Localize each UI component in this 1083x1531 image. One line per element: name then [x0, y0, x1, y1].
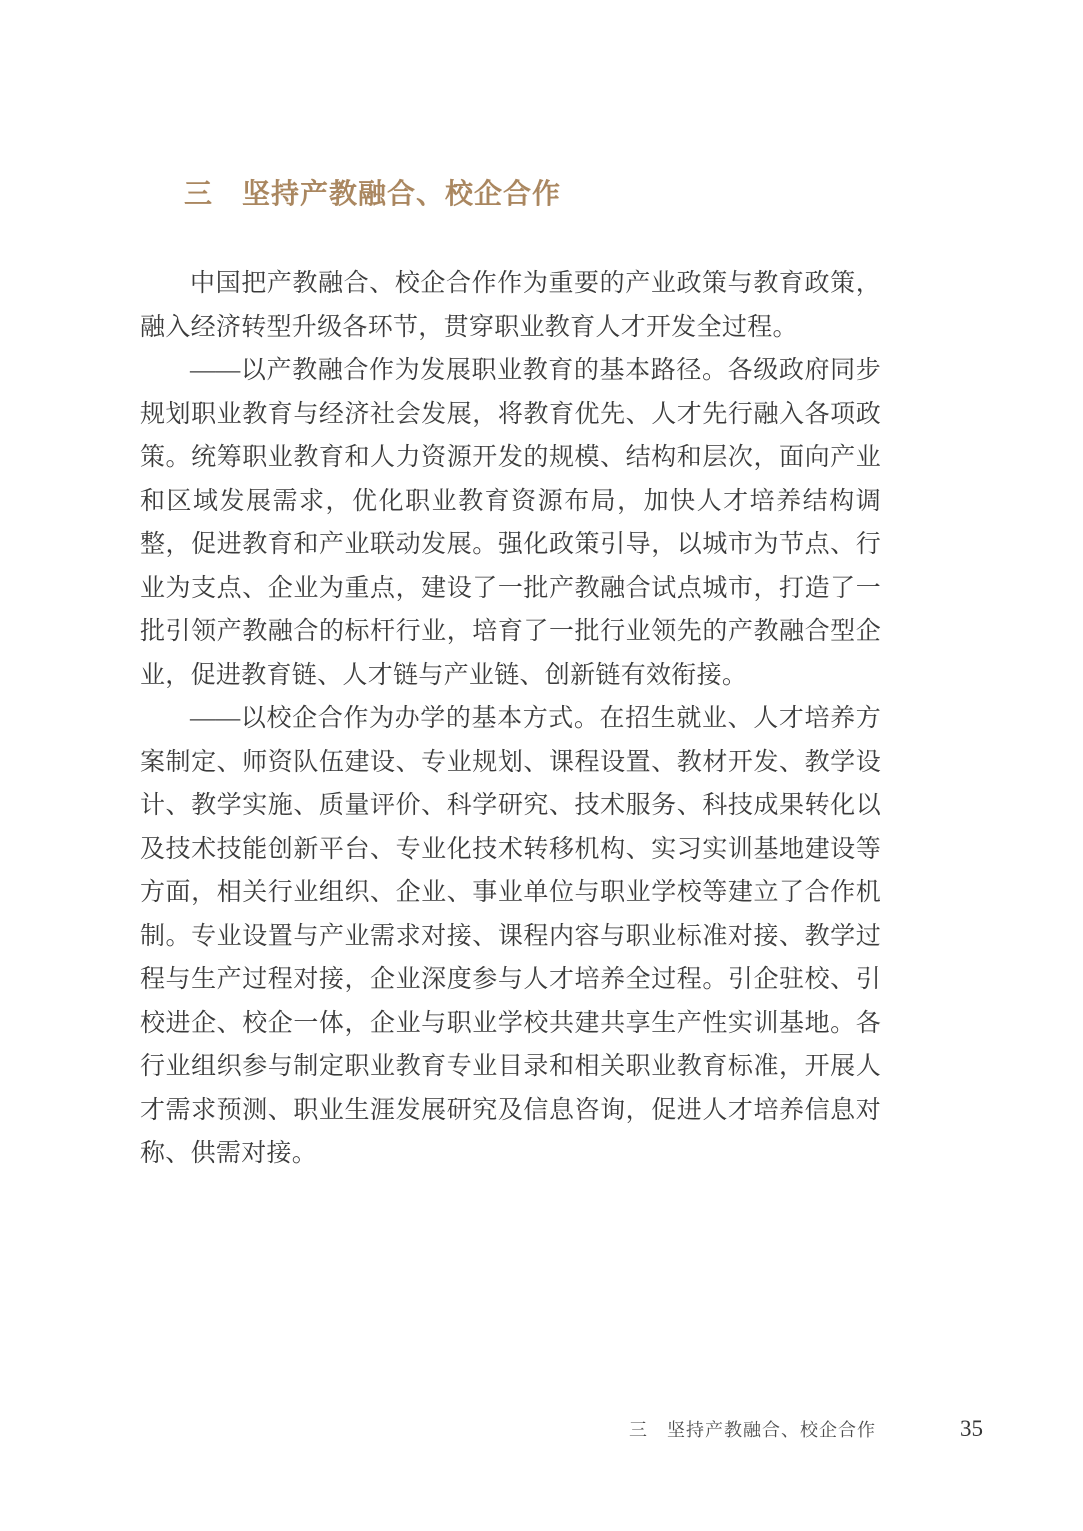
document-page: 三 坚持产教融合、校企合作 中国把产教融合、校企合作作为重要的产业政策与教育政策…: [0, 0, 1083, 1531]
section-heading: 三 坚持产教融合、校企合作: [184, 172, 561, 212]
paragraph-intro: 中国把产教融合、校企合作作为重要的产业政策与教育政策，融入经济转型升级各环节，贯…: [140, 262, 881, 349]
paragraph-industry-education-integration: ——以产教融合作为发展职业教育的基本路径。各级政府同步规划职业教育与经济社会发展…: [140, 349, 881, 697]
footer-page-number: 35: [960, 1416, 983, 1442]
paragraph-school-enterprise-cooperation: ——以校企合作为办学的基本方式。在招生就业、人才培养方案制定、师资队伍建设、专业…: [140, 697, 881, 1176]
body-text: 中国把产教融合、校企合作作为重要的产业政策与教育政策，融入经济转型升级各环节，贯…: [140, 262, 881, 1176]
page-footer: 三 坚持产教融合、校企合作 35: [629, 1416, 983, 1442]
footer-running-title: 三 坚持产教融合、校企合作: [629, 1416, 876, 1442]
